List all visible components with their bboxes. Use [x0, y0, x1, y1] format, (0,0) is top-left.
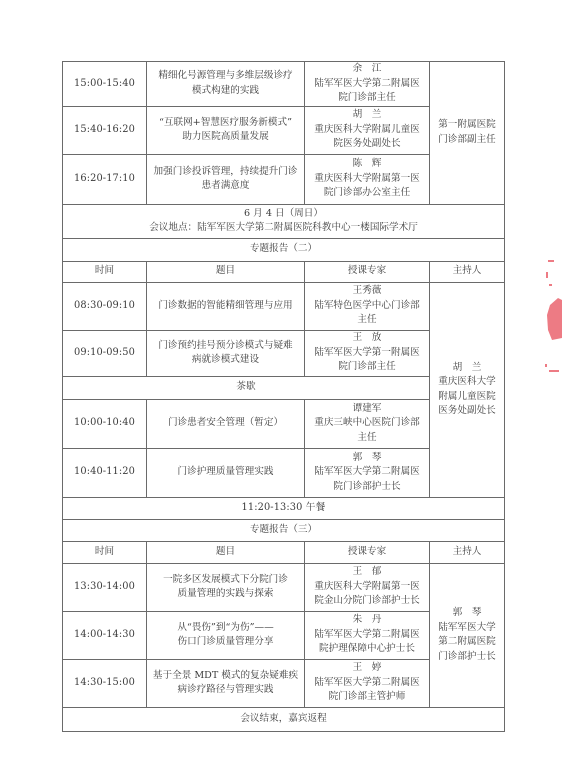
header-host: 主持人 [430, 541, 505, 563]
red-seal-stamp-icon [544, 260, 562, 390]
session-title-row: 专题报告（二） [63, 238, 505, 261]
header-speaker: 授课专家 [305, 541, 430, 563]
topic-cell: 从“畏伤”到“为伤”—— 伤口门诊质量管理分享 [147, 611, 305, 659]
header-time: 时间 [63, 261, 147, 282]
lunch-row: 11:20-13:30 午餐 [63, 497, 505, 519]
host-name: 郭 琴 [433, 606, 501, 621]
topic-cell: 门诊护理质量管理实践 [147, 448, 305, 497]
table-row: 08:30-09:10 门诊数据的智能精细管理与应用 王秀薇 陆军特色医学中心门… [63, 282, 505, 330]
topic-cell: 一院多区发展模式下分院门诊 质量管理的实践与探索 [147, 563, 305, 611]
topic-cell: 门诊患者安全管理（暂定） [147, 399, 305, 448]
speaker-cell: 胡 兰 重庆医科大学附属儿童医 院医务处副处长 [305, 106, 430, 154]
date-label: 6 月 4 日（周日） [66, 207, 501, 222]
topic-cell: 加强门诊投诉管理，持续提升门诊 患者满意度 [147, 154, 305, 204]
time-cell: 13:30-14:00 [63, 563, 147, 611]
closing-row: 会议结束，嘉宾返程 [63, 707, 505, 731]
time-cell: 14:00-14:30 [63, 611, 147, 659]
speaker-name: 郭 琴 [308, 451, 426, 466]
speaker-cell: 王 婷 陆军军医大学第二附属医 院门诊部主管护师 [305, 659, 430, 707]
speaker-name: 余 江 [308, 62, 426, 77]
speaker-cell: 王 郁 重庆医科大学附属第一医 院金山分院门诊部护士长 [305, 563, 430, 611]
header-row: 时间 题目 授课专家 主持人 [63, 541, 505, 563]
speaker-name: 陈 辉 [308, 157, 426, 172]
header-time: 时间 [63, 541, 147, 563]
topic-cell: 门诊预约挂号预分诊模式与疑难 病就诊模式建设 [147, 330, 305, 376]
header-topic: 题目 [147, 261, 305, 282]
time-cell: 09:10-09:50 [63, 330, 147, 376]
topic-cell: 基于全景 MDT 模式的复杂疑难疾 病诊疗路径与管理实践 [147, 659, 305, 707]
time-cell: 15:40-16:20 [63, 106, 147, 154]
time-cell: 15:00-15:40 [63, 62, 147, 107]
document-page: 15:00-15:40 精细化号源管理与多维层级诊疗 模式构建的实践 余 江 陆… [0, 0, 562, 767]
speaker-name: 朱 丹 [308, 613, 426, 628]
speaker-name: 谭建军 [308, 402, 426, 417]
schedule-table: 15:00-15:40 精细化号源管理与多维层级诊疗 模式构建的实践 余 江 陆… [62, 61, 505, 732]
session-title-row: 专题报告（三） [63, 519, 505, 541]
speaker-cell: 王秀薇 陆军特色医学中心门诊部 主任 [305, 282, 430, 330]
day-info-cell: 6 月 4 日（周日） 会议地点：陆军军医大学第二附属医院科教中心一楼国际学术厅 [63, 204, 505, 238]
speaker-cell: 王 放 陆军军医大学第一附属医 院门诊部主任 [305, 330, 430, 376]
table-row: 13:30-14:00 一院多区发展模式下分院门诊 质量管理的实践与探索 王 郁… [63, 563, 505, 611]
day-info-row: 6 月 4 日（周日） 会议地点：陆军军医大学第二附属医院科教中心一楼国际学术厅 [63, 204, 505, 238]
speaker-name: 胡 兰 [308, 108, 426, 123]
time-cell: 10:40-11:20 [63, 448, 147, 497]
topic-cell: 门诊数据的智能精细管理与应用 [147, 282, 305, 330]
topic-cell: “互联网+智慧医疗服务新模式” 助力医院高质量发展 [147, 106, 305, 154]
host-cell: 第一附属医院 门诊部副主任 [430, 62, 505, 205]
speaker-cell: 陈 辉 重庆医科大学附属第一医 院门诊部办公室主任 [305, 154, 430, 204]
topic-cell: 精细化号源管理与多维层级诊疗 模式构建的实践 [147, 62, 305, 107]
speaker-name: 王 放 [308, 331, 426, 346]
header-host: 主持人 [430, 261, 505, 282]
speaker-name: 王秀薇 [308, 284, 426, 299]
time-cell: 14:30-15:00 [63, 659, 147, 707]
session-3-title: 专题报告（三） [63, 519, 505, 541]
header-topic: 题目 [147, 541, 305, 563]
header-speaker: 授课专家 [305, 261, 430, 282]
lunch-label: 11:20-13:30 午餐 [63, 497, 505, 519]
host-cell: 郭 琴 陆军军医大学 第二附属医院 门诊部护士长 [430, 563, 505, 707]
header-row: 时间 题目 授课专家 主持人 [63, 261, 505, 282]
table-row: 15:00-15:40 精细化号源管理与多维层级诊疗 模式构建的实践 余 江 陆… [63, 62, 505, 107]
speaker-name: 王 婷 [308, 661, 426, 676]
time-cell: 08:30-09:10 [63, 282, 147, 330]
location-label: 会议地点：陆军军医大学第二附属医院科教中心一楼国际学术厅 [66, 221, 501, 236]
speaker-cell: 余 江 陆军军医大学第二附属医 院门诊部主任 [305, 62, 430, 107]
speaker-cell: 朱 丹 陆军军医大学第二附属医 院护理保障中心护士长 [305, 611, 430, 659]
session-2-title: 专题报告（二） [63, 238, 505, 261]
time-cell: 10:00-10:40 [63, 399, 147, 448]
closing-label: 会议结束，嘉宾返程 [63, 707, 505, 731]
host-cell: 胡 兰 重庆医科大学 附属儿童医院 医务处副处长 [430, 282, 505, 497]
tea-break-label: 茶歇 [63, 376, 430, 399]
speaker-cell: 谭建军 重庆三峡中心医院门诊部 主任 [305, 399, 430, 448]
host-name: 胡 兰 [433, 361, 501, 376]
speaker-cell: 郭 琴 陆军军医大学第二附属医 院门诊部护士长 [305, 448, 430, 497]
time-cell: 16:20-17:10 [63, 154, 147, 204]
speaker-name: 王 郁 [308, 565, 426, 580]
